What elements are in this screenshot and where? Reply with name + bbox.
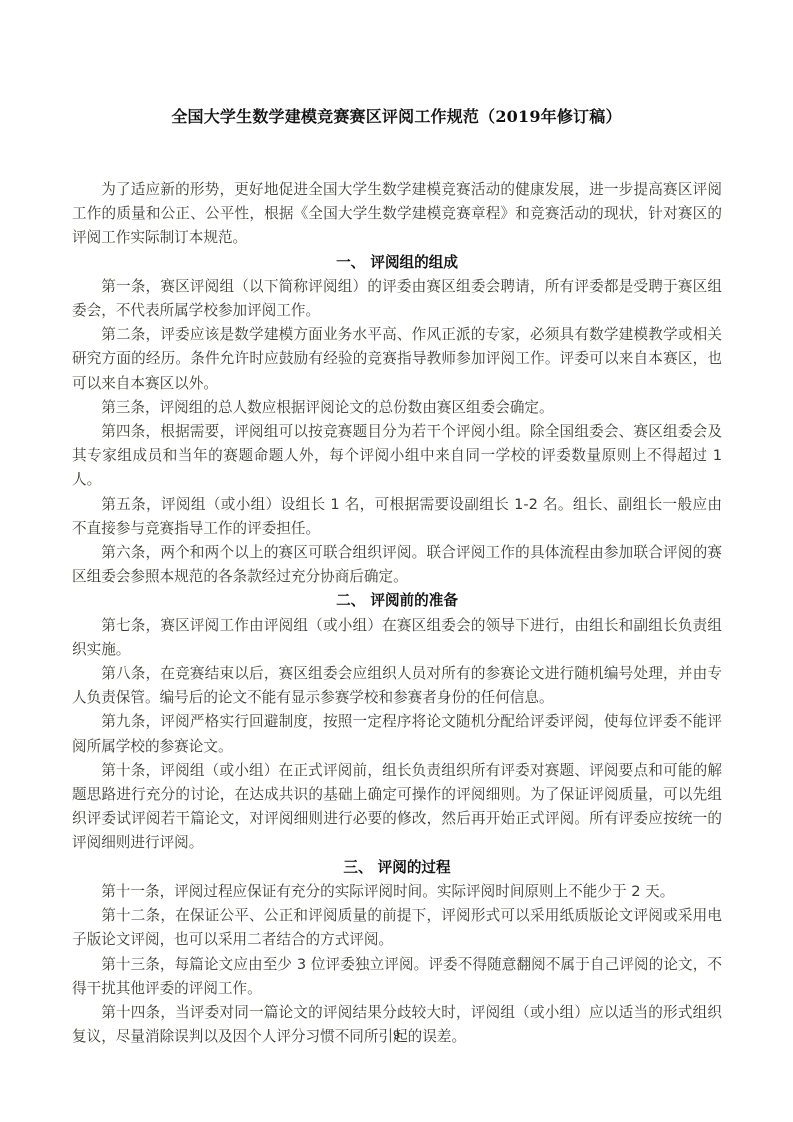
article-paragraph: 第五条，评阅组（或小组）设组长 1 名，可根据需要设副组长 1-2 名。组长、副… [72,493,722,541]
article-paragraph: 第一条，赛区评阅组（以下简称评阅组）的评委由赛区组委会聘请，所有评委都是受聘于赛… [72,275,722,323]
article-paragraph: 第十一条，评阅过程应保证有充分的实际评阅时间。实际评阅时间原则上不能少于 2 天… [72,880,722,904]
page-number: 9 [0,1028,793,1042]
article-paragraph: 第十二条，在保证公平、公正和评阅质量的前提下，评阅形式可以采用纸质版论文评阅或采… [72,904,722,952]
article-paragraph: 第七条，赛区评阅工作由评阅组（或小组）在赛区组委会的领导下进行，由组长和副组长负… [72,614,722,662]
section-heading: 三、 评阅的过程 [72,856,722,880]
document-title: 全国大学生数学建模竞赛赛区评阅工作规范（2019年修订稿） [0,104,793,127]
article-paragraph: 第六条，两个和两个以上的赛区可联合组织评阅。联合评阅工作的具体流程由参加联合评阅… [72,541,722,589]
article-paragraph: 第三条，评阅组的总人数应根据评阅论文的总份数由赛区组委会确定。 [72,396,722,420]
article-paragraph: 第十三条，每篇论文应由至少 3 位评委独立评阅。评委不得随意翻阅不属于自己评阅的… [72,953,722,1001]
section-heading: 二、 评阅前的准备 [72,589,722,613]
section-heading: 一、 评阅组的组成 [72,251,722,275]
article-paragraph: 第九条，评阅严格实行回避制度，按照一定程序将论文随机分配给评委评阅，使每位评委不… [72,710,722,758]
article-paragraph: 第八条，在竞赛结束以后，赛区组委会应组织人员对所有的参赛论文进行随机编号处理，并… [72,662,722,710]
intro-paragraph: 为了适应新的形势，更好地促进全国大学生数学建模竞赛活动的健康发展，进一步提高赛区… [72,178,722,251]
article-paragraph: 第十条，评阅组（或小组）在正式评阅前，组长负责组织所有评委对赛题、评阅要点和可能… [72,759,722,856]
article-paragraph: 第四条，根据需要，评阅组可以按竞赛题目分为若干个评阅小组。除全国组委会、赛区组委… [72,420,722,493]
document-page: 全国大学生数学建模竞赛赛区评阅工作规范（2019年修订稿） 为了适应新的形势，更… [0,0,793,1122]
article-paragraph: 第十四条，当评委对同一篇论文的评阅结果分歧较大时，评阅组（或小组）应以适当的形式… [72,1001,722,1049]
document-body: 为了适应新的形势，更好地促进全国大学生数学建模竞赛活动的健康发展，进一步提高赛区… [72,178,722,1049]
article-paragraph: 第二条，评委应该是数学建模方面业务水平高、作风正派的专家，必须具有数学建模教学或… [72,323,722,396]
